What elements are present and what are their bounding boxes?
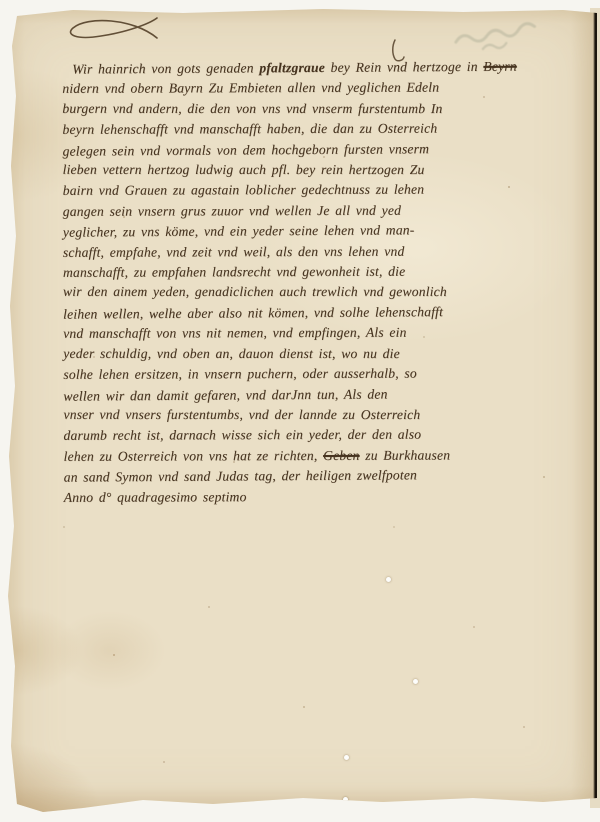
manuscript-line: nidern vnd obern Bayrn Zu Embieten allen… xyxy=(62,78,560,100)
manuscript-line: bairn vnd Grauen zu agastain loblicher g… xyxy=(63,180,561,202)
manuscript-text: Wir hainrich von gots genaden pfaltzgrau… xyxy=(62,57,562,508)
foxing-specks xyxy=(3,6,5,8)
manuscript-text-segment: Wir hainrich von gots genaden xyxy=(72,60,259,76)
manuscript-text-segment: nidern vnd obern Bayrn Zu Embieten allen… xyxy=(62,80,439,96)
scan-background: Wir hainrich von gots genaden pfaltzgrau… xyxy=(0,0,600,822)
manuscript-line: gelegen sein vnd vormals von dem hochgeb… xyxy=(62,138,560,162)
manuscript-line: manschafft, zu empfahen landsrecht vnd g… xyxy=(63,261,561,283)
manuscript-line: vnser vnd vnsers furstentumbs, vnd der l… xyxy=(63,405,561,426)
manuscript-line: vnd manschafft von vns nit nemen, vnd em… xyxy=(63,322,561,344)
manuscript-line: wir den ainem yeden, genadiclichen auch … xyxy=(63,282,561,303)
manuscript-text-segment: Anno d° quadragesimo septimo xyxy=(64,489,247,505)
manuscript-text-segment: zu Burkhausen xyxy=(360,447,451,462)
manuscript-text-segment: vnd manschafft von vns nit nemen, vnd em… xyxy=(63,325,406,341)
manuscript-line: Anno d° quadragesimo septimo xyxy=(64,486,562,508)
page-right-edge xyxy=(593,6,597,800)
manuscript-line: leihen wellen, welhe aber also nit kömen… xyxy=(63,301,561,325)
manuscript-text-segment: bey Rein vnd hertzoge in xyxy=(325,59,483,75)
wormhole xyxy=(413,679,418,684)
manuscript-line: gangen sein vnsern grus zuuor vnd wellen… xyxy=(63,200,561,222)
wormhole xyxy=(343,797,348,802)
manuscript-line: beyrn lehenschafft vnd manschafft haben,… xyxy=(62,118,560,140)
manuscript-line: solhe lehen ersitzen, in vnsern puchern,… xyxy=(63,363,561,385)
manuscript-text-segment: wir den ainem yeden, genadiclichen auch … xyxy=(63,284,447,299)
manuscript-line: lieben vettern hertzog ludwig auch pfl. … xyxy=(63,160,561,181)
manuscript-text-segment: solhe lehen ersitzen, in vnsern puchern,… xyxy=(63,366,417,382)
manuscript-text-segment: bairn vnd Grauen zu agastain loblicher g… xyxy=(63,182,425,198)
manuscript-page: Wir hainrich von gots genaden pfaltzgrau… xyxy=(3,6,597,812)
manuscript-text-segment: yeglicher, zu vns köme, vnd ein yeder se… xyxy=(63,223,415,240)
manuscript-text-segment: Beyrn xyxy=(483,59,517,74)
manuscript-text-segment: manschafft, zu empfahen landsrecht vnd g… xyxy=(63,264,405,280)
manuscript-line: schafft, empfahe, vnd zeit vnd weil, als… xyxy=(63,241,561,263)
manuscript-text-segment: darumb recht ist, darnach wisse sich ein… xyxy=(64,427,422,443)
manuscript-text-segment: beyrn lehenschafft vnd manschafft haben,… xyxy=(62,121,437,137)
manuscript-text-segment: an sand Symon vnd sand Judas tag, der he… xyxy=(64,467,417,484)
manuscript-line: lehen zu Osterreich von vns hat ze richt… xyxy=(64,445,562,467)
manuscript-line: Wir hainrich von gots genaden pfaltzgrau… xyxy=(62,56,560,80)
manuscript-text-segment: lieben vettern hertzog ludwig auch pfl. … xyxy=(63,162,425,177)
manuscript-text-segment: pfaltzgraue xyxy=(259,60,325,75)
manuscript-text-segment: schafft, empfahe, vnd zeit vnd weil, als… xyxy=(63,243,405,259)
manuscript-line: wellen wir dan damit gefaren, vnd darJnn… xyxy=(63,383,561,407)
wormhole xyxy=(344,755,349,760)
manuscript-text-segment: yeder schuldig, vnd oben an, dauon diens… xyxy=(63,346,400,361)
manuscript-line: darumb recht ist, darnach wisse sich ein… xyxy=(64,424,562,446)
manuscript-text-segment: wellen wir dan damit gefaren, vnd darJnn… xyxy=(63,386,387,403)
manuscript-text-segment: lehen zu Osterreich von vns hat ze richt… xyxy=(64,448,324,464)
manuscript-text-segment: gangen sein vnsern grus zuuor vnd wellen… xyxy=(63,203,401,219)
manuscript-text-segment: gelegen sein vnd vormals von dem hochgeb… xyxy=(62,141,429,158)
manuscript-line: yeder schuldig, vnd oben an, dauon diens… xyxy=(63,344,561,365)
manuscript-text-segment: burgern vnd andern, die den von vns vnd … xyxy=(62,101,442,116)
manuscript-line: an sand Symon vnd sand Judas tag, der he… xyxy=(64,464,562,488)
manuscript-line: burgern vnd andern, die den von vns vnd … xyxy=(62,99,560,120)
wormhole xyxy=(386,577,391,582)
ink-showthrough xyxy=(449,5,563,58)
pen-flourish-icon xyxy=(61,12,171,48)
manuscript-line: yeglicher, zu vns köme, vnd ein yeder se… xyxy=(63,220,561,244)
manuscript-text-segment: vnser vnd vnsers furstentumbs, vnd der l… xyxy=(63,407,420,422)
manuscript-text-segment: leihen wellen, welhe aber also nit kömen… xyxy=(63,304,443,322)
manuscript-text-segment: Geben xyxy=(323,448,360,463)
